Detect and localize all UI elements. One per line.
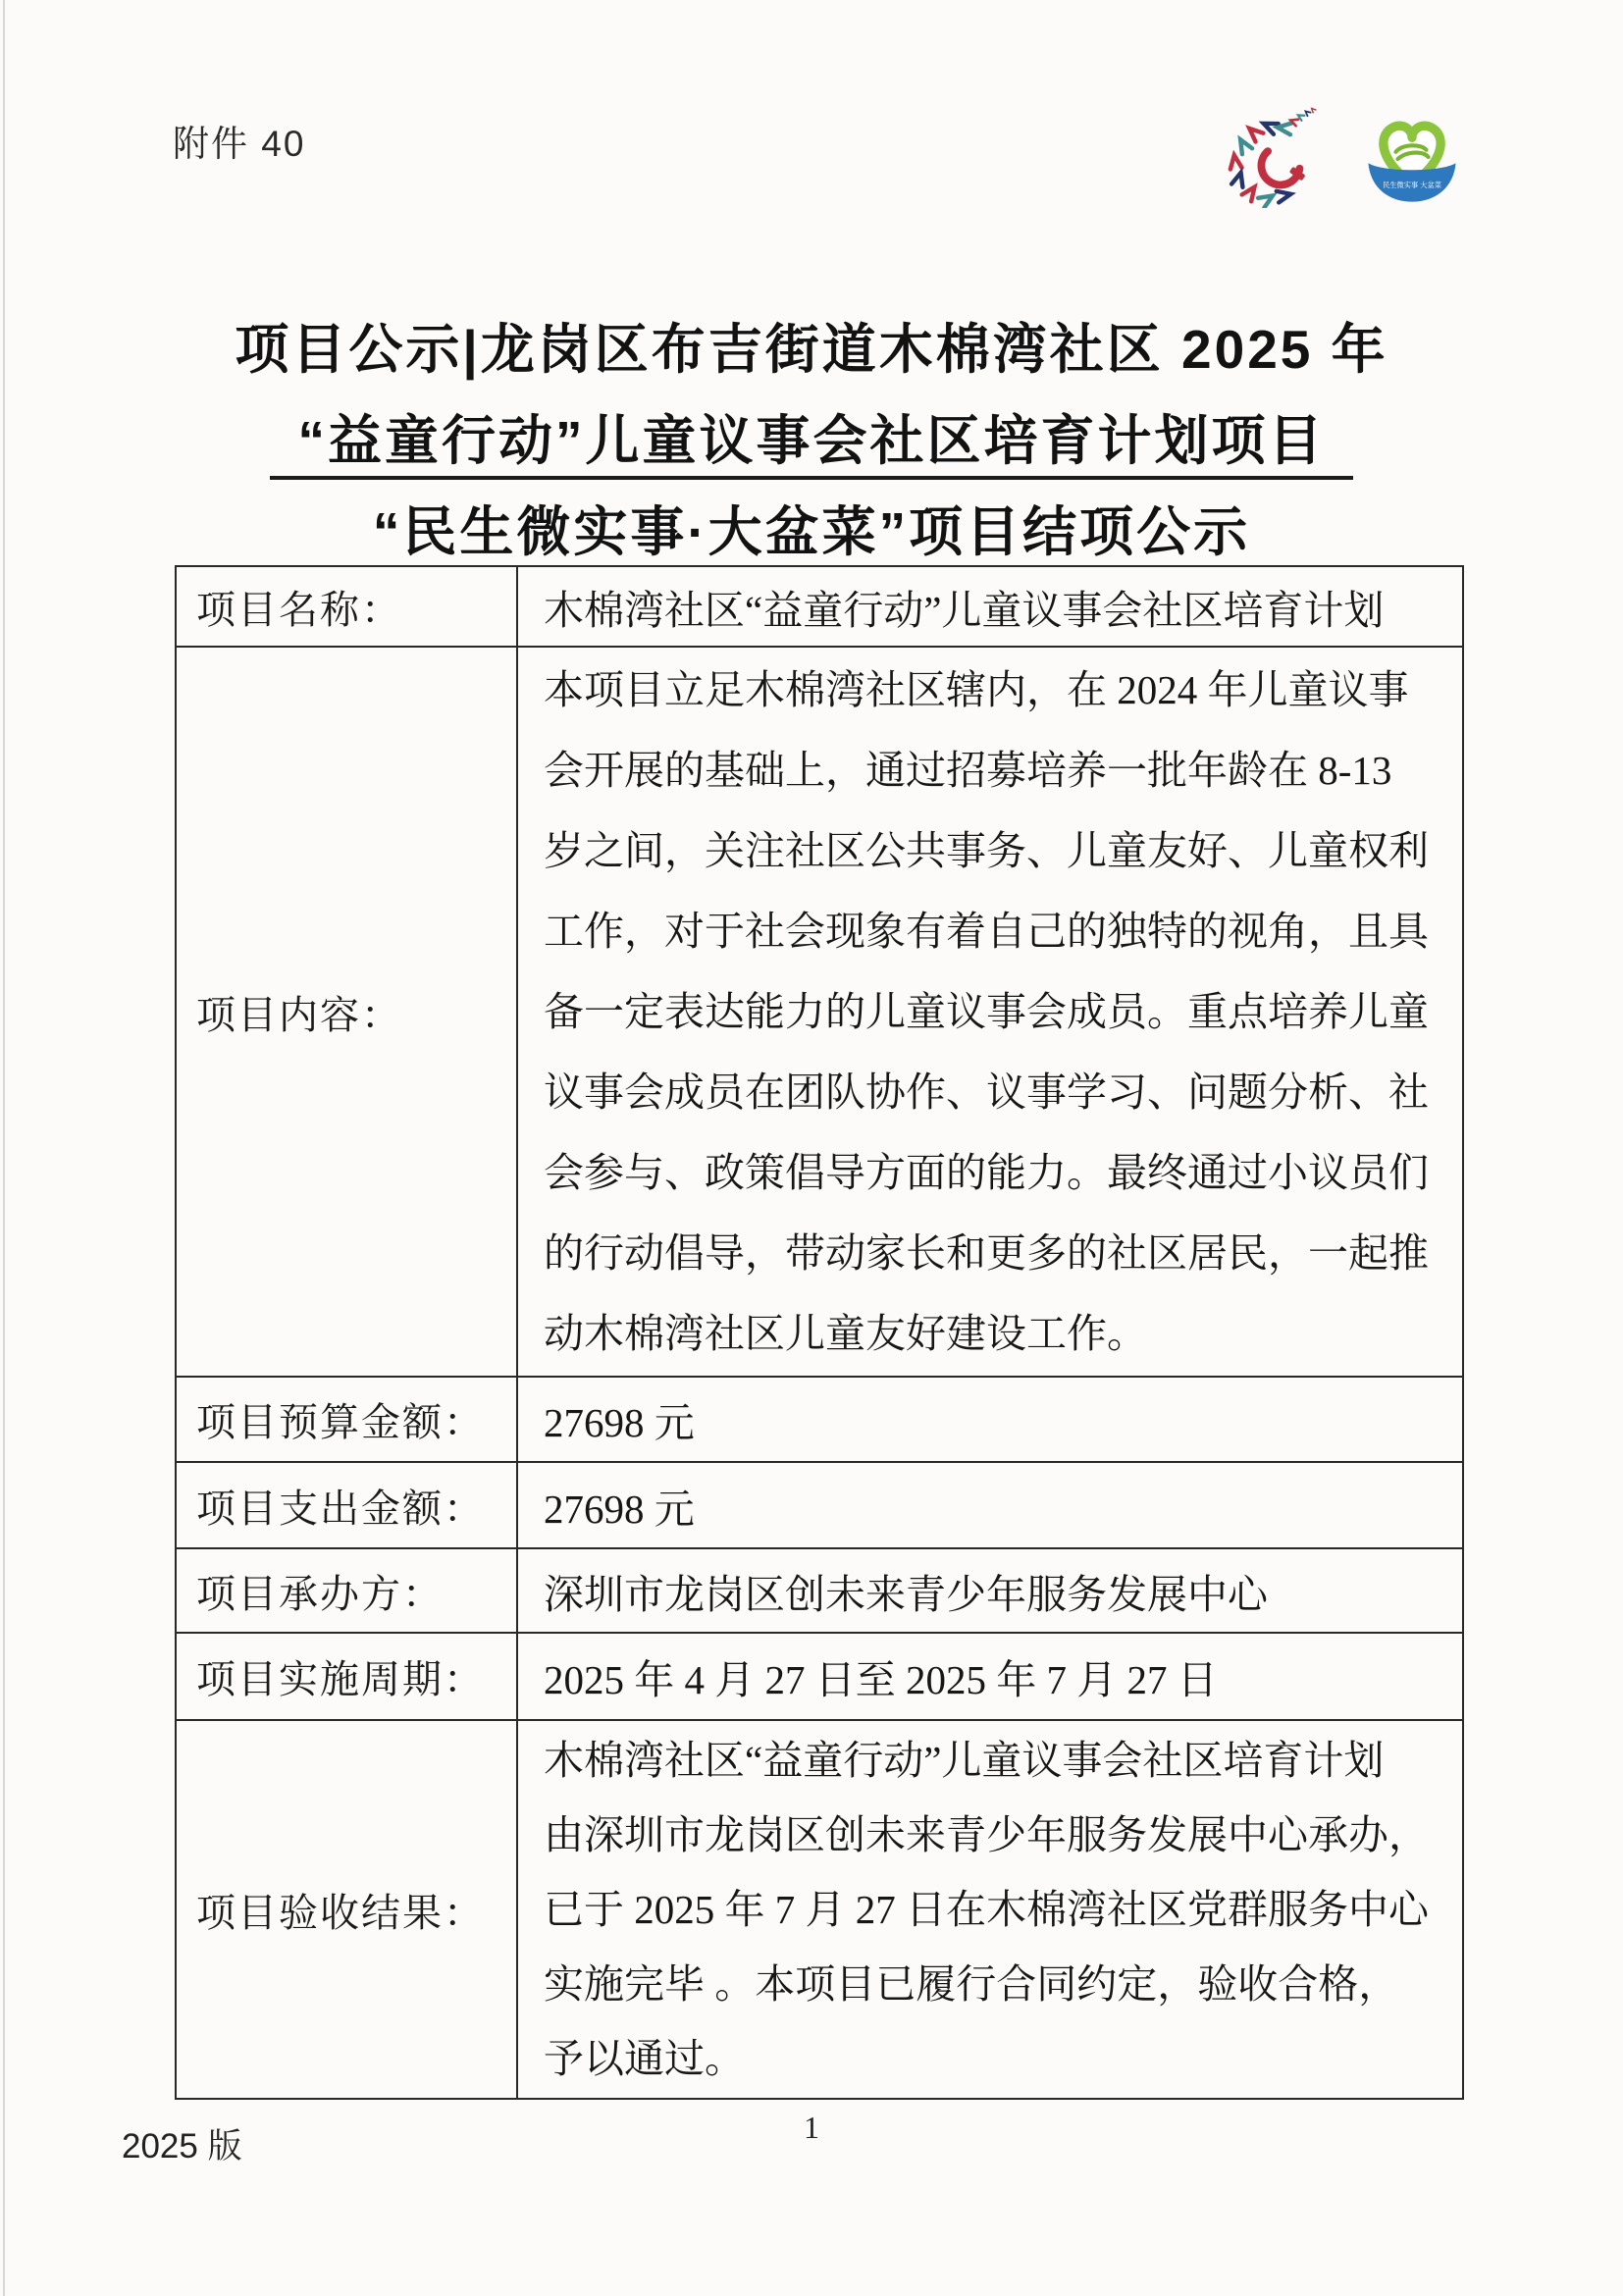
table-row-acceptance-result: 项目验收结果： 木棉湾社区“益童行动”儿童议事会社区培育计划 由深圳市龙岗区创未… — [176, 1720, 1463, 2099]
row-value: 木棉湾社区“益童行动”儿童议事会社区培育计划 由深圳市龙岗区创未来青少年服务发展… — [517, 1720, 1463, 2099]
footer-page-number: 1 — [0, 2110, 1623, 2146]
table-row-project-name: 项目名称： 木棉湾社区“益童行动”儿童议事会社区培育计划 — [176, 566, 1463, 647]
row-value: 27698 元 — [517, 1462, 1463, 1548]
project-summary-table: 项目名称： 木棉湾社区“益童行动”儿童议事会社区培育计划 项目内容： 本项目立足… — [175, 565, 1464, 2100]
row-value: 2025 年 4 月 27 日至 2025 年 7 月 27 日 — [517, 1633, 1463, 1720]
title-line-2: “益童行动”儿童议事会社区培育计划项目 — [0, 395, 1623, 487]
title-line-1: 项目公示|龙岗区布吉街道木棉湾社区 2025 年 — [0, 304, 1623, 395]
dapencai-bowl-logo: 民生微实事 大盆菜 — [1356, 106, 1468, 208]
logo-group: 民生微实事 大盆菜 — [1223, 106, 1468, 208]
row-value: 本项目立足木棉湾社区辖内，在 2024 年儿童议事 会开展的基础上，通过招募培养… — [517, 647, 1463, 1377]
row-label: 项目承办方： — [176, 1548, 517, 1633]
bowl-logo-text: 民生微实事 大盆菜 — [1383, 181, 1441, 189]
row-label: 项目验收结果： — [176, 1720, 517, 2099]
row-value: 木棉湾社区“益童行动”儿童议事会社区培育计划 — [517, 566, 1463, 647]
table-row-undertaker: 项目承办方： 深圳市龙岗区创未来青少年服务发展中心 — [176, 1548, 1463, 1633]
row-label: 项目名称： — [176, 566, 517, 647]
row-value: 27698 元 — [517, 1377, 1463, 1462]
row-label: 项目实施周期： — [176, 1633, 517, 1720]
table-row-project-content: 项目内容： 本项目立足木棉湾社区辖内，在 2024 年儿童议事 会开展的基础上，… — [176, 647, 1463, 1377]
table-row-implementation-period: 项目实施周期： 2025 年 4 月 27 日至 2025 年 7 月 27 日 — [176, 1633, 1463, 1720]
table-row-budget-amount: 项目预算金额： 27698 元 — [176, 1377, 1463, 1462]
attachment-label: 附件 40 — [173, 114, 305, 167]
document-title: 项目公示|龙岗区布吉街道木棉湾社区 2025 年 “益童行动”儿童议事会社区培育… — [0, 304, 1623, 578]
table-row-expense-amount: 项目支出金额： 27698 元 — [176, 1462, 1463, 1548]
row-label: 项目内容： — [176, 647, 517, 1377]
row-label: 项目支出金额： — [176, 1462, 517, 1548]
document-page: 附件 40 — [0, 0, 1623, 2296]
party-heart-emblem-logo — [1223, 106, 1319, 208]
row-value: 深圳市龙岗区创未来青少年服务发展中心 — [517, 1548, 1463, 1633]
row-label: 项目预算金额： — [176, 1377, 517, 1462]
